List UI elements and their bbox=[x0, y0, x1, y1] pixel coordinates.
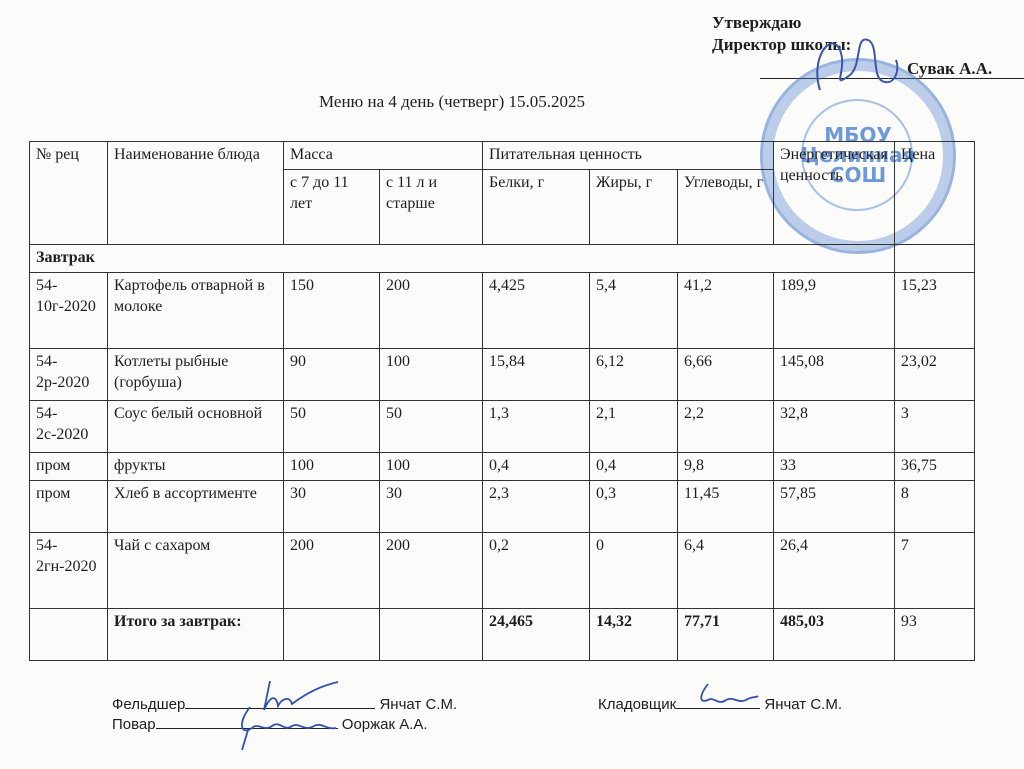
header-mass-11-plus: с 11 л и старше bbox=[380, 170, 483, 245]
approval-block: Утверждаю Директор школы: Сувак А.А. bbox=[712, 12, 851, 56]
cell-proteins: 15,84 bbox=[483, 349, 590, 401]
cell-carbs: 9,8 bbox=[678, 453, 774, 481]
storekeeper-signature-line bbox=[676, 693, 760, 709]
cell-price: 7 bbox=[894, 533, 974, 609]
medic-role: Фельдшер bbox=[112, 696, 185, 713]
signature-medic: Фельдшер Янчат С.М. bbox=[112, 693, 457, 715]
section-breakfast: Завтрак bbox=[30, 245, 895, 273]
total-fats: 14,32 bbox=[590, 609, 678, 661]
cell-carbs: 2,2 bbox=[678, 401, 774, 453]
cell-name: Картофель отварной в молоке bbox=[108, 273, 284, 349]
cell-proteins: 0,2 bbox=[483, 533, 590, 609]
cell-m11: 100 bbox=[380, 453, 483, 481]
header-mass: Масса bbox=[284, 142, 483, 170]
total-proteins: 24,465 bbox=[483, 609, 590, 661]
cell-m7: 90 bbox=[284, 349, 380, 401]
header-recipe-no: № рец bbox=[30, 142, 108, 245]
storekeeper-name: Янчат С.М. bbox=[764, 696, 842, 713]
header-price: Цена bbox=[894, 142, 974, 245]
cell-m7: 50 bbox=[284, 401, 380, 453]
cell-name: фрукты bbox=[108, 453, 284, 481]
cell-proteins: 1,3 bbox=[483, 401, 590, 453]
cell-name: Чай с сахаром bbox=[108, 533, 284, 609]
table-row: промХлеб в ассортименте30302,30,311,4557… bbox=[30, 481, 975, 533]
cell-proteins: 2,3 bbox=[483, 481, 590, 533]
cell-price: 15,23 bbox=[894, 273, 974, 349]
cell-energy: 189,9 bbox=[774, 273, 895, 349]
cell-m7: 150 bbox=[284, 273, 380, 349]
total-energy: 485,03 bbox=[774, 609, 895, 661]
cook-role: Повар bbox=[112, 716, 156, 733]
cell-fats: 0 bbox=[590, 533, 678, 609]
cell-proteins: 4,425 bbox=[483, 273, 590, 349]
cell-price: 8 bbox=[894, 481, 974, 533]
cell-m11: 50 bbox=[380, 401, 483, 453]
approval-position: Директор школы: bbox=[712, 34, 851, 56]
header-nutrition: Питательная ценность bbox=[483, 142, 774, 170]
cell-m11: 100 bbox=[380, 349, 483, 401]
cell-price: 36,75 bbox=[894, 453, 974, 481]
header-mass-7-11: с 7 до 11 лет bbox=[284, 170, 380, 245]
header-carbs: Углеводы, г bbox=[678, 170, 774, 245]
cell-m11: 200 bbox=[380, 533, 483, 609]
cell-carbs: 11,45 bbox=[678, 481, 774, 533]
total-empty-recipe bbox=[30, 609, 108, 661]
total-empty-m7 bbox=[284, 609, 380, 661]
cell-recipe: пром bbox=[30, 481, 108, 533]
total-label: Итого за завтрак: bbox=[108, 609, 284, 661]
total-carbs: 77,71 bbox=[678, 609, 774, 661]
signature-storekeeper: Кладовщик Янчат С.М. bbox=[598, 693, 842, 715]
cell-name: Соус белый основной bbox=[108, 401, 284, 453]
table-row: 54-2р-2020Котлеты рыбные (горбуша)901001… bbox=[30, 349, 975, 401]
cell-recipe: 54-2р-2020 bbox=[30, 349, 108, 401]
cell-fats: 0,3 bbox=[590, 481, 678, 533]
cell-recipe: 54-2с-2020 bbox=[30, 401, 108, 453]
header-energy: Энергетическая ценность bbox=[774, 142, 895, 245]
cell-fats: 2,1 bbox=[590, 401, 678, 453]
approval-signer-name: Сувак А.А. bbox=[907, 58, 992, 80]
cell-m7: 200 bbox=[284, 533, 380, 609]
cook-signature-line bbox=[156, 713, 338, 729]
signature-cook: Повар Ооржак А.А. bbox=[112, 713, 428, 735]
cell-carbs: 6,66 bbox=[678, 349, 774, 401]
cell-m7: 30 bbox=[284, 481, 380, 533]
header-fats: Жиры, г bbox=[590, 170, 678, 245]
cell-name: Хлеб в ассортименте bbox=[108, 481, 284, 533]
cell-carbs: 6,4 bbox=[678, 533, 774, 609]
cell-name: Котлеты рыбные (горбуша) bbox=[108, 349, 284, 401]
total-row: Итого за завтрак: 24,465 14,32 77,71 485… bbox=[30, 609, 975, 661]
storekeeper-role: Кладовщик bbox=[598, 696, 676, 713]
cell-carbs: 41,2 bbox=[678, 273, 774, 349]
cell-recipe: 54-2гн-2020 bbox=[30, 533, 108, 609]
page-title: Меню на 4 день (четверг) 15.05.2025 bbox=[0, 92, 904, 112]
table-row: 54-2с-2020Соус белый основной50501,32,12… bbox=[30, 401, 975, 453]
header-proteins: Белки, г bbox=[483, 170, 590, 245]
cell-proteins: 0,4 bbox=[483, 453, 590, 481]
cell-recipe: 54-10г-2020 bbox=[30, 273, 108, 349]
total-empty-m11 bbox=[380, 609, 483, 661]
medic-name: Янчат С.М. bbox=[379, 696, 457, 713]
cook-name: Ооржак А.А. bbox=[342, 716, 428, 733]
cell-fats: 0,4 bbox=[590, 453, 678, 481]
cell-fats: 5,4 bbox=[590, 273, 678, 349]
cell-recipe: пром bbox=[30, 453, 108, 481]
total-price: 93 bbox=[894, 609, 974, 661]
section-empty-cell bbox=[894, 245, 974, 273]
cell-m7: 100 bbox=[284, 453, 380, 481]
medic-signature-line bbox=[185, 693, 375, 709]
cell-price: 23,02 bbox=[894, 349, 974, 401]
cell-price: 3 bbox=[894, 401, 974, 453]
table-row: 54-2гн-2020Чай с сахаром2002000,206,426,… bbox=[30, 533, 975, 609]
header-row-1: № рец Наименование блюда Масса Питательн… bbox=[30, 142, 975, 170]
header-dish-name: Наименование блюда bbox=[108, 142, 284, 245]
section-row: Завтрак bbox=[30, 245, 975, 273]
cell-fats: 6,12 bbox=[590, 349, 678, 401]
table-row: 54-10г-2020Картофель отварной в молоке15… bbox=[30, 273, 975, 349]
cell-energy: 145,08 bbox=[774, 349, 895, 401]
cell-energy: 57,85 bbox=[774, 481, 895, 533]
cell-m11: 200 bbox=[380, 273, 483, 349]
approval-title: Утверждаю bbox=[712, 13, 801, 32]
cell-energy: 33 bbox=[774, 453, 895, 481]
cell-energy: 32,8 bbox=[774, 401, 895, 453]
menu-table: № рец Наименование блюда Масса Питательн… bbox=[29, 141, 975, 661]
cell-m11: 30 bbox=[380, 481, 483, 533]
table-row: промфрукты1001000,40,49,83336,75 bbox=[30, 453, 975, 481]
cell-energy: 26,4 bbox=[774, 533, 895, 609]
